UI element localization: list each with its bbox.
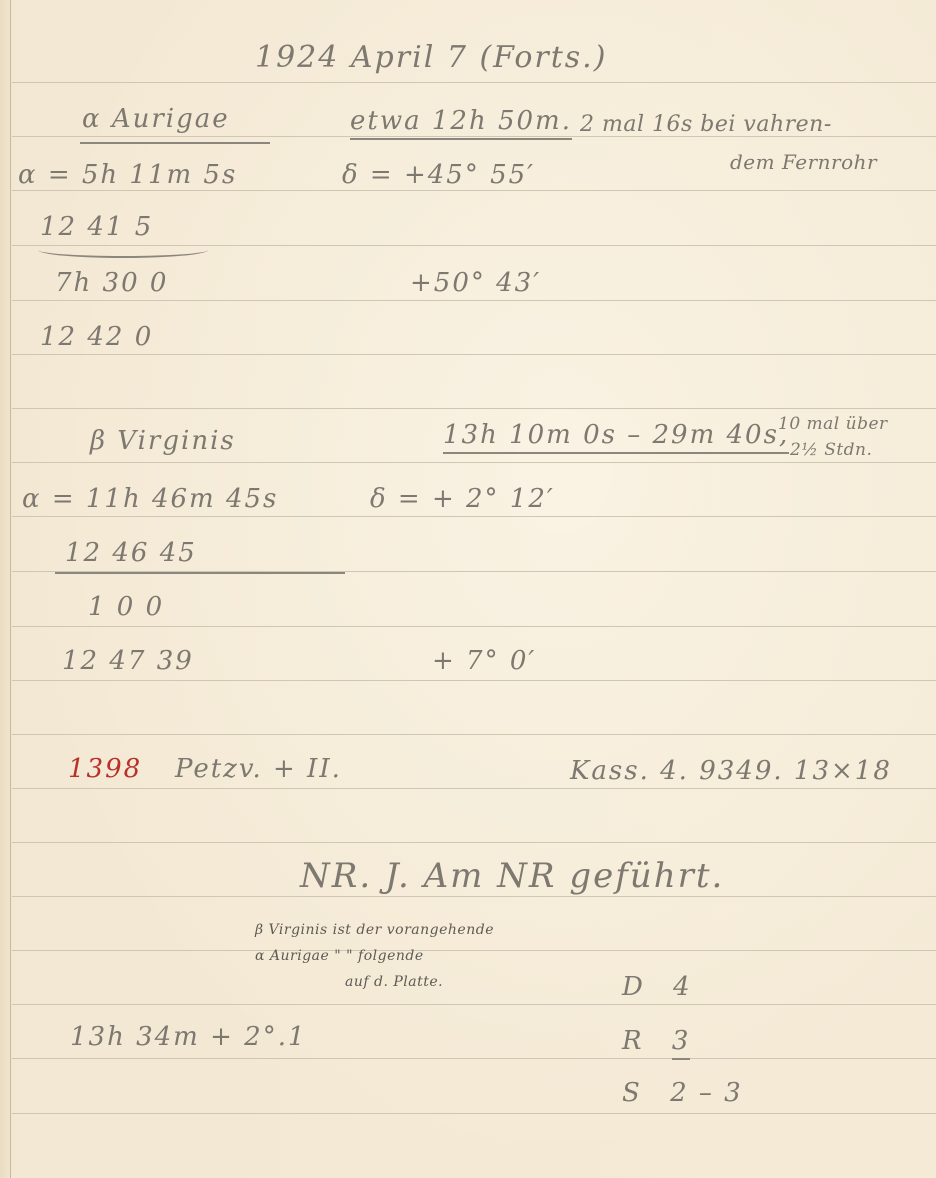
declination: δ = +45° 55′ <box>342 160 535 190</box>
ruled-line <box>12 626 936 627</box>
calc-underline <box>38 242 208 258</box>
calc-line-3: 12 42 0 <box>40 322 153 352</box>
ruled-line <box>12 734 936 735</box>
ruled-line <box>12 1058 936 1059</box>
time-note: etwa 12h 50m. <box>350 106 572 136</box>
ruled-line <box>12 300 936 301</box>
ruled-line <box>12 950 936 951</box>
obs-note-1: 10 mal über <box>778 414 888 434</box>
exposure-note-2: dem Fernrohr <box>730 150 877 174</box>
calc-line-2: 1 0 0 <box>88 592 164 622</box>
guiding-note: NR. J. Am NR geführt. <box>300 856 724 896</box>
result-value: +50° 43′ <box>410 268 541 298</box>
cassette-info: Kass. 4. 9349. 13×18 <box>570 756 892 786</box>
ruled-line <box>12 842 936 843</box>
ruled-line <box>12 896 936 897</box>
star-name-beta-virginis: β Virginis <box>90 426 236 456</box>
remark-line-3: auf d. Platte. <box>345 974 443 990</box>
plate-number: 1398 <box>68 754 142 784</box>
rating-row: D 4 <box>622 972 692 1002</box>
star-name-alpha-aurigae: α Aurigae <box>82 104 230 134</box>
calc-line-2: 7h 30 0 <box>55 268 168 298</box>
margin-line <box>10 0 11 1178</box>
ruled-line <box>12 408 936 409</box>
time-range-value: 13h 10m 0s – 29m 40s, <box>443 420 789 454</box>
ruled-line <box>12 680 936 681</box>
rating-symbol: R <box>622 1026 644 1056</box>
rating-value: 3 <box>672 1026 691 1060</box>
ruled-line <box>12 1113 936 1114</box>
right-ascension: α = 11h 46m 45s <box>22 484 278 514</box>
page-date: 1924 April 7 (Forts.) <box>255 40 607 75</box>
ruled-line <box>12 82 936 83</box>
rating-value: 2 – 3 <box>670 1078 743 1108</box>
rating-symbol: S <box>622 1078 642 1108</box>
rating-row: R 3 <box>622 1026 690 1056</box>
plate-label: Petzv. + II. <box>175 754 342 784</box>
rating-symbol: D <box>622 972 645 1002</box>
remark-line-2: α Aurigae " " folgende <box>255 948 424 964</box>
exposure-note: 2 mal 16s bei vahren- <box>580 112 832 137</box>
ruled-line <box>12 1004 936 1005</box>
calc-line-1: 12 41 5 <box>40 212 153 242</box>
remark-line-1: β Virginis ist der vorangehende <box>255 922 494 938</box>
star-underline <box>80 136 270 144</box>
declination: δ = + 2° 12′ <box>370 484 555 514</box>
time-approx: etwa 12h 50m. <box>350 106 572 140</box>
calc-underline <box>55 566 345 574</box>
ruled-line <box>12 354 936 355</box>
time-range: 13h 10m 0s – 29m 40s, <box>443 420 789 450</box>
result-value: + 7° 0′ <box>432 646 536 676</box>
ruled-line <box>12 190 936 191</box>
calc-line-3: 12 47 39 <box>62 646 194 676</box>
right-ascension: α = 5h 11m 5s <box>18 160 237 190</box>
rating-value: 4 <box>673 972 692 1002</box>
obs-note-2: 2½ Stdn. <box>790 440 872 460</box>
ruled-line <box>12 788 936 789</box>
rating-row: S 2 – 3 <box>622 1078 743 1108</box>
ruled-line <box>12 462 936 463</box>
calc-line-1: 12 46 45 <box>65 538 197 568</box>
plate-position: 13h 34m + 2°.1 <box>70 1022 307 1052</box>
notebook-page: 1924 April 7 (Forts.) α Aurigae etwa 12h… <box>0 0 936 1178</box>
ruled-line <box>12 516 936 517</box>
